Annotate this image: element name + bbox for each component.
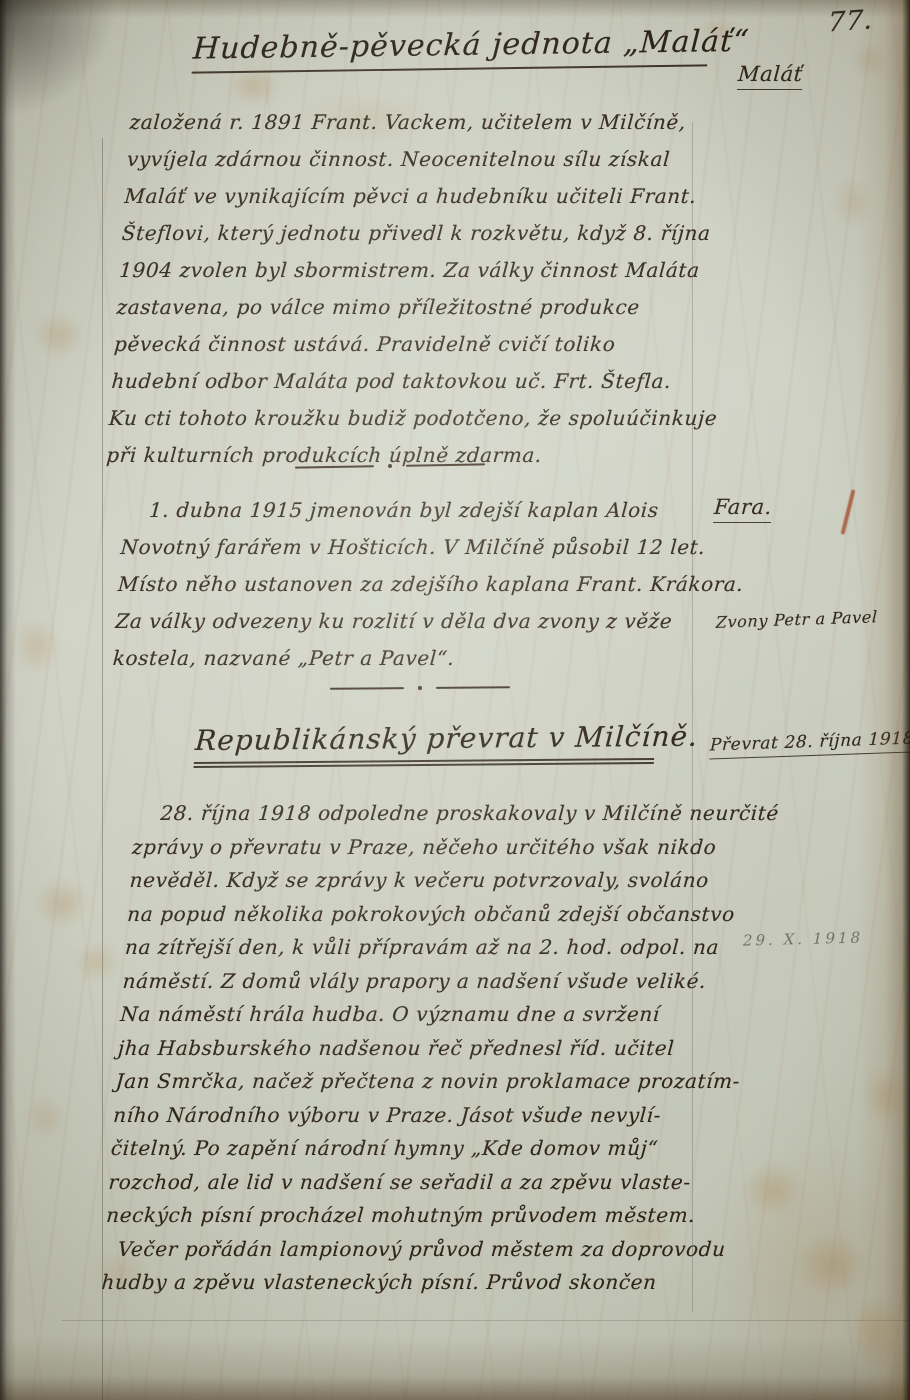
- handwritten-line: rozchod, ale lid v nadšení se seřadil a …: [107, 1166, 709, 1200]
- separator-dash: [436, 686, 510, 689]
- handwritten-line: Novotný farářem v Hošticích. V Milčíně p…: [119, 529, 722, 566]
- handwritten-line: zastavena, po válce mimo příležitostné p…: [115, 289, 718, 326]
- handwritten-line: vyvíjela zdárnou činnost. Neocenitelnou …: [126, 141, 729, 178]
- handwritten-line: kostela, nazvané „Petr a Pavel“.: [112, 640, 715, 677]
- bottom-faint-rule: [62, 1320, 908, 1321]
- handwritten-line: na zítřejší den, k vůli přípravám až na …: [124, 931, 726, 965]
- separator-dash: [330, 687, 404, 690]
- handwritten-line: hudební odbor Maláta pod taktovkou uč. F…: [110, 363, 713, 400]
- handwritten-line: Za války odvezeny ku rozlití v děla dva …: [114, 603, 717, 640]
- handwritten-line: Jan Smrčka, načež přečtena z novin prokl…: [114, 1065, 716, 1099]
- handwritten-line: čitelný. Po zapění národní hymny „Kde do…: [110, 1132, 712, 1166]
- margin-note-fara: Fara.: [713, 495, 773, 523]
- handwritten-line: založená r. 1891 Frant. Vackem, učitelem…: [128, 104, 731, 141]
- separator-dash: [406, 463, 485, 466]
- handwritten-line: ního Národního výboru v Praze. Jásot všu…: [112, 1099, 714, 1133]
- handwritten-line: Maláť ve vynikajícím pěvci a hudebníku u…: [123, 178, 726, 215]
- foxing-spot: [24, 1095, 66, 1141]
- paragraph-jednota: založená r. 1891 Frant. Vackem, učitelem…: [105, 104, 731, 474]
- handwritten-line: Večer pořádán lampionový průvod městem z…: [103, 1233, 705, 1267]
- foxing-spot: [862, 1065, 908, 1127]
- separator-dot: [418, 686, 422, 690]
- handwritten-line: náměstí. Z domů vlály prapory a nadšení …: [122, 965, 724, 999]
- chronicle-page: 77. Hudebně-pěvecká jednota „Maláť“ Malá…: [0, 0, 910, 1400]
- separator-dash: [295, 465, 374, 468]
- foxing-spot: [718, 1140, 903, 1380]
- handwritten-line: Na náměstí hrála hudba. O významu dne a …: [119, 998, 721, 1032]
- foxing-spot: [742, 1162, 804, 1218]
- foxing-spot: [832, 176, 874, 228]
- section-title-prevrat: Republikánský převrat v Milčíně.: [194, 720, 657, 768]
- left-margin-rule: [102, 138, 103, 1400]
- handwritten-line: Místo něho ustanoven za zdejšího kaplana…: [117, 566, 720, 603]
- foxing-spot: [14, 618, 60, 674]
- handwritten-line: nevěděl. Když se zprávy k večeru potvrzo…: [129, 864, 731, 898]
- section-title-jednota: Hudebně-pěvecká jednota „Maláť“: [192, 24, 710, 73]
- margin-note-prevrat: Převrat 28. října 1918: [709, 728, 910, 759]
- handwritten-line: 1904 zvolen byl sbormistrem. Za války či…: [118, 252, 721, 289]
- paragraph-fara: 1. dubna 1915 jmenován byl zdejší kaplan…: [112, 492, 725, 677]
- handwritten-line: 1. dubna 1915 jmenován byl zdejší kaplan…: [122, 492, 725, 529]
- paragraph-prevrat: 28. října 1918 odpoledne proskakovaly v …: [100, 797, 735, 1300]
- handwritten-line: Ku cti tohoto kroužku budiž podotčeno, ž…: [108, 400, 711, 437]
- red-check-mark: [840, 489, 855, 535]
- handwritten-line: zprávy o převratu v Praze, něčeho určité…: [131, 831, 733, 865]
- foxing-spot: [798, 1232, 870, 1298]
- margin-note-zvony: Zvony Petr a Pavel: [716, 607, 879, 632]
- handwritten-line: neckých písní procházel mohutným průvode…: [105, 1199, 707, 1233]
- handwritten-line: 28. října 1918 odpoledne proskakovaly v …: [133, 797, 735, 831]
- handwritten-line: hudby a zpěvu vlasteneckých písní. Průvo…: [100, 1266, 702, 1300]
- pencil-date-note: 29. X. 1918: [743, 928, 863, 949]
- handwritten-line: jha Habsburského nadšenou řeč přednesl ř…: [117, 1032, 719, 1066]
- foxing-spot: [34, 878, 90, 928]
- section-separator: [330, 685, 510, 691]
- foxing-spot: [74, 942, 120, 982]
- separator-dot: [388, 464, 392, 468]
- handwritten-line: pěvecká činnost ustává. Pravidelně cvičí…: [113, 326, 716, 363]
- foxing-spot: [33, 312, 85, 358]
- page-number: 77.: [827, 4, 873, 38]
- margin-note-malat: Maláť: [737, 62, 804, 90]
- handwritten-line: při kulturních produkcích úplně zdarma.: [105, 437, 708, 474]
- foxing-spot: [846, 1296, 908, 1368]
- handwritten-line: Šteflovi, který jednotu přivedl k rozkvě…: [121, 215, 724, 252]
- handwritten-line: na popud několika pokrokových občanů zde…: [126, 898, 728, 932]
- foxing-spot: [852, 42, 888, 78]
